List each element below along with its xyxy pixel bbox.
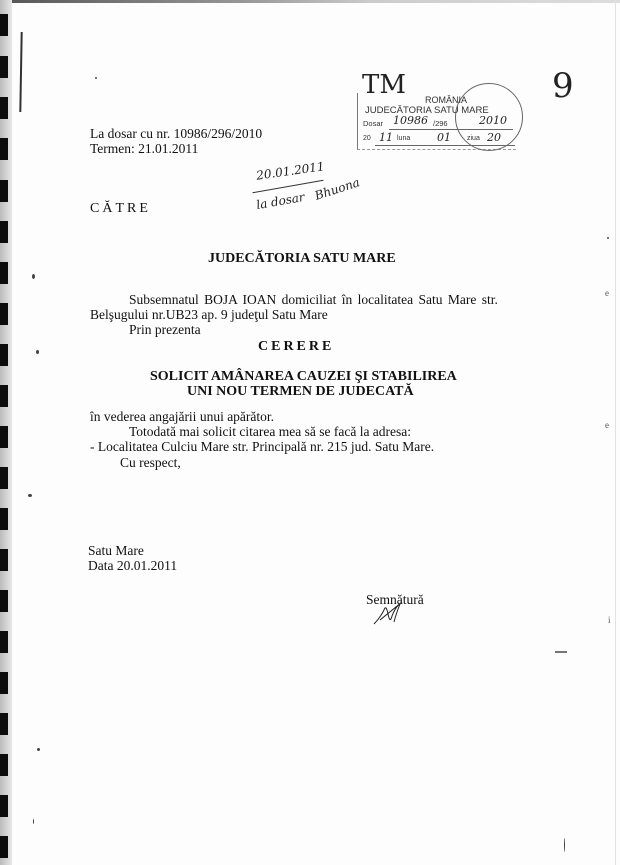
request-title-line-1: SOLICIT AMÂNAREA CAUZEI ŞI STABILIREA <box>150 369 457 385</box>
scan-speck <box>28 494 32 497</box>
punch-hole <box>0 262 8 284</box>
binding-edge <box>0 0 12 865</box>
stamp-ziua-value: 20 <box>487 131 501 144</box>
details-address-line: - Localitatea Culciu Mare str. Principal… <box>90 439 434 455</box>
right-margin-mark: i <box>608 612 611 628</box>
stamp-underline <box>389 129 513 130</box>
scan-right-edge <box>615 0 616 865</box>
handwritten-page-number: 9 <box>552 66 574 106</box>
signature-scribble <box>372 600 412 630</box>
scan-speck <box>555 651 567 653</box>
punch-hole <box>0 631 8 653</box>
stamp-dosar-label: Dosar <box>363 119 383 128</box>
body-line-3: Prin prezenta <box>129 322 201 338</box>
stamp-month-label: luna <box>397 135 410 142</box>
scan-top-edge <box>0 0 620 3</box>
dosar-number-line: La dosar cu nr. 10986/296/2010 <box>90 126 262 142</box>
punch-hole <box>0 508 8 530</box>
punch-hole <box>0 426 8 448</box>
stamp-month-value: 01 <box>437 131 451 144</box>
stamp-day-prefix: 20 <box>363 135 371 142</box>
stamp-ziua-label: ziua <box>467 135 480 142</box>
scan-speck <box>32 274 35 279</box>
handwritten-date: 20.01.2011 <box>255 159 325 182</box>
punch-hole <box>0 180 8 202</box>
scan-speck <box>564 838 565 852</box>
stamp-underline <box>375 145 515 146</box>
punch-hole <box>0 303 8 325</box>
punch-hole <box>0 14 8 36</box>
footer-place: Satu Mare <box>88 543 144 559</box>
punch-hole <box>0 221 8 243</box>
scan-speck <box>607 237 609 239</box>
scanned-page: TM 9 ROMÂNIA JUDECĂTORIA SATU MARE Dosar… <box>0 0 620 865</box>
closing-phrase: Cu respect, <box>120 455 181 471</box>
details-line-2: Totodată mai solicit citarea mea să se f… <box>129 424 411 440</box>
right-margin-mark: e <box>605 417 609 433</box>
punch-hole <box>0 467 8 489</box>
footer-date: Data 20.01.2011 <box>88 558 177 574</box>
punch-hole <box>0 344 8 366</box>
right-margin-mark: e <box>605 285 609 301</box>
punch-hole <box>0 672 8 694</box>
scan-speck <box>33 819 34 824</box>
body-line-1: Subsemnatul BOJA IOAN domiciliat în loca… <box>129 292 498 308</box>
punch-hole <box>0 590 8 612</box>
punch-hole <box>0 795 8 817</box>
punch-hole <box>0 97 8 119</box>
court-name: JUDECĂTORIA SATU MARE <box>208 251 396 267</box>
punch-hole <box>0 754 8 776</box>
termen-line: Termen: 21.01.2011 <box>90 141 198 157</box>
scan-speck <box>95 77 97 79</box>
punch-hole <box>0 549 8 571</box>
punch-hole <box>0 713 8 735</box>
handwritten-note: la dosar <box>255 190 305 212</box>
scan-speck <box>36 350 39 354</box>
details-line-1: în vederea angajării unui apărător. <box>90 409 274 425</box>
punch-hole <box>0 56 8 78</box>
court-registration-stamp: ROMÂNIA JUDECĂTORIA SATU MARE Dosar 1098… <box>357 83 519 151</box>
request-title-line-2: UNI NOU TERMEN DE JUDECATĂ <box>187 384 414 400</box>
addressee-label: CĂTRE <box>90 201 151 217</box>
stamp-country: ROMÂNIA <box>425 95 467 105</box>
stamp-day-value: 11 <box>379 131 393 144</box>
request-heading: CERERE <box>258 339 334 355</box>
stamp-dosar-suffix: /296 <box>433 119 448 128</box>
punch-hole <box>0 138 8 160</box>
scan-speck <box>37 748 40 751</box>
punch-hole <box>0 836 8 858</box>
punch-hole <box>0 385 8 407</box>
margin-pen-stroke <box>19 32 22 112</box>
stamp-dosar-value: 10986 <box>393 114 428 127</box>
stamp-year-value: 2010 <box>479 114 507 127</box>
body-line-2: Belşugului nr.UB23 ap. 9 judeţul Satu Ma… <box>90 307 328 323</box>
